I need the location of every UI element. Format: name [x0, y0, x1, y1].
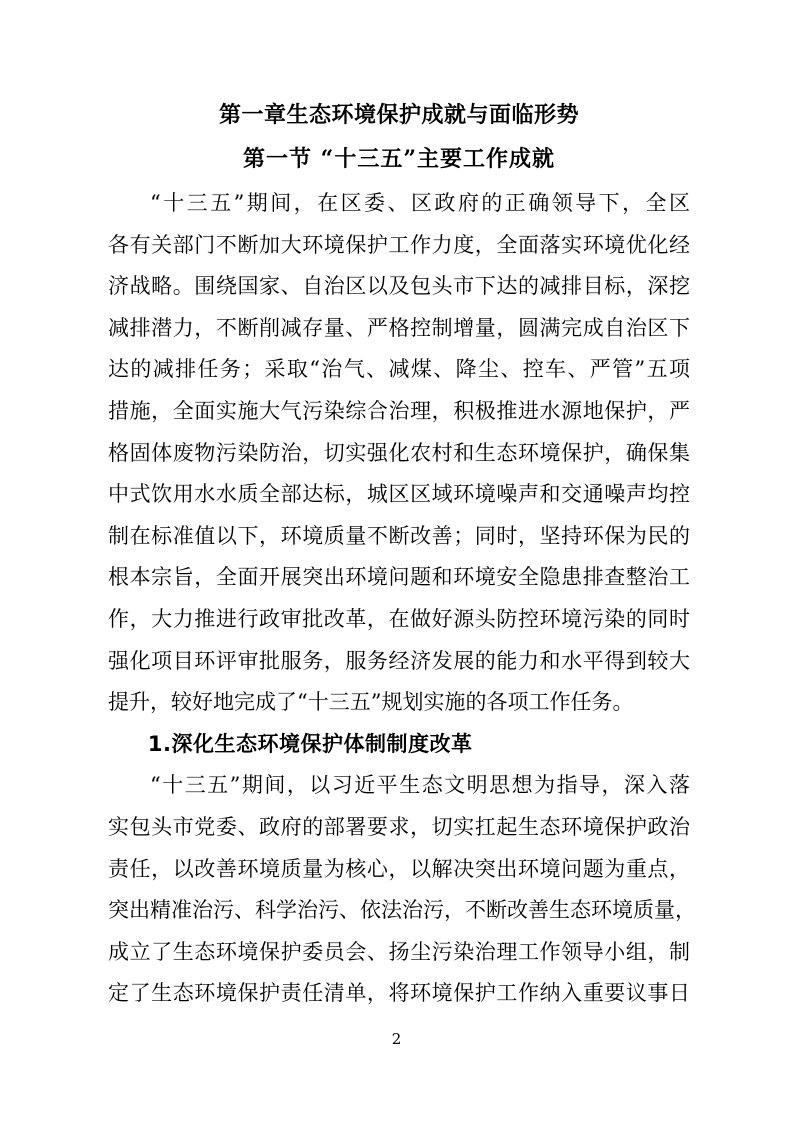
text-line: “十三五”期间，以习近平生态文明思想为指导，深入落: [108, 765, 690, 807]
text-line: 济战略。围绕国家、自治区以及包头市下达的减排目标，深挖: [108, 266, 690, 308]
section-title: 第一节 “十三五”主要工作成就: [108, 143, 690, 175]
page-footer: 2: [0, 1028, 793, 1050]
text-line: 提升，较好地完成了“十三五”规划实施的各项工作任务。: [108, 682, 690, 724]
text-line: 减排潜力，不断削减存量、严格控制增量，圆满完成自治区下: [108, 308, 690, 350]
text-line: 责任，以改善环境质量为核心，以解决突出环境问题为重点，: [108, 849, 690, 891]
text-line: 作，大力推进行政审批改革，在做好源头防控环境污染的同时: [108, 599, 690, 641]
subsection-heading: 1.深化生态环境保护体制制度改革: [108, 724, 690, 766]
text-line: 各有关部门不断加大环境保护工作力度，全面落实环境优化经: [108, 225, 690, 267]
page-number: 2: [392, 1030, 402, 1048]
text-line: 实包头市党委、政府的部署要求，切实扛起生态环境保护政治: [108, 807, 690, 849]
text-line: 达的减排任务；采取“治气、减煤、降尘、控车、严管”五项: [108, 349, 690, 391]
text-line: 成立了生态环境保护委员会、扬尘污染治理工作领导小组，制: [108, 932, 690, 974]
text-line: 制在标准值以下，环境质量不断改善；同时，坚持环保为民的: [108, 516, 690, 558]
text-line: 中式饮用水水质全部达标，城区区域环境噪声和交通噪声均控: [108, 474, 690, 516]
paragraph-2: “十三五”期间，以习近平生态文明思想为指导，深入落 实包头市党委、政府的部署要求…: [108, 765, 690, 1015]
document-page: 第一章生态环境保护成就与面临形势 第一节 “十三五”主要工作成就 “十三五”期间…: [0, 0, 793, 1122]
chapter-title: 第一章生态环境保护成就与面临形势: [108, 100, 690, 132]
page-content: 第一章生态环境保护成就与面临形势 第一节 “十三五”主要工作成就 “十三五”期间…: [108, 0, 690, 1015]
text-line: 强化项目环评审批服务，服务经济发展的能力和水平得到较大: [108, 641, 690, 683]
text-line: 措施，全面实施大气污染综合治理，积极推进水源地保护，严: [108, 391, 690, 433]
text-line: 格固体废物污染防治，切实强化农村和生态环境保护，确保集: [108, 433, 690, 475]
paragraph-1: “十三五”期间，在区委、区政府的正确领导下，全区 各有关部门不断加大环境保护工作…: [108, 183, 690, 724]
text-line: 根本宗旨，全面开展突出环境问题和环境安全隐患排查整治工: [108, 557, 690, 599]
text-line: “十三五”期间，在区委、区政府的正确领导下，全区: [108, 183, 690, 225]
text-line: 定了生态环境保护责任清单，将环境保护工作纳入重要议事日: [108, 973, 690, 1015]
text-line: 突出精准治污、科学治污、依法治污，不断改善生态环境质量，: [108, 890, 690, 932]
